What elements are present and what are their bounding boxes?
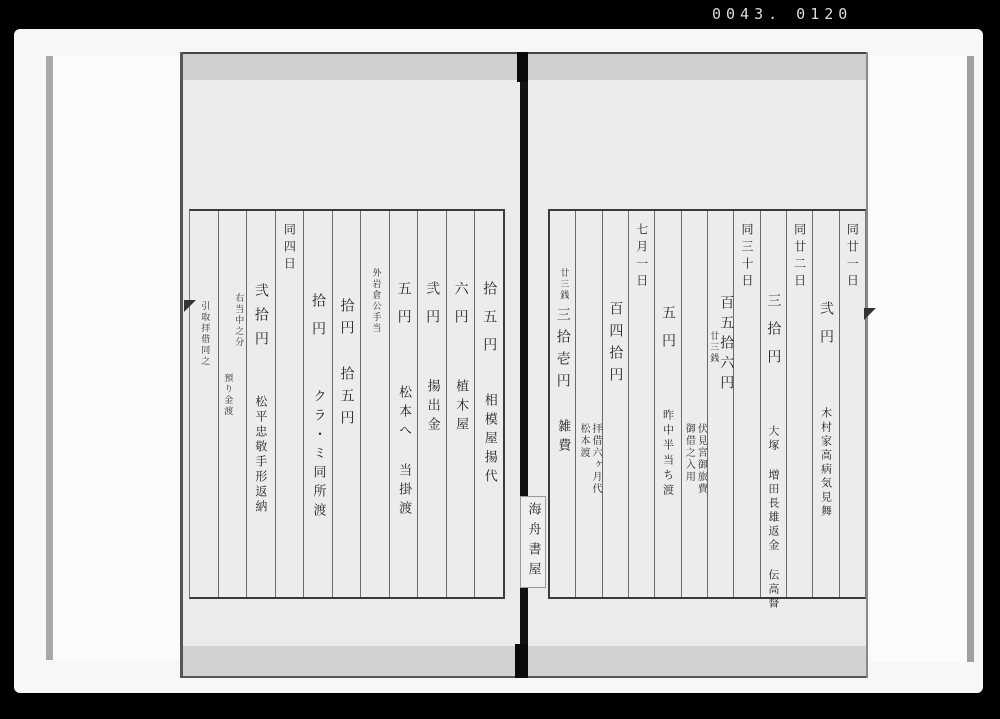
entry-note: 植木屋 [454, 379, 467, 436]
margin-annotation: 外岩倉公手当 [371, 268, 380, 334]
ledger-column: 五円 松本へ 当掛渡 [389, 211, 418, 597]
amount-annotation: 廿三銭 [558, 268, 567, 301]
bottom-margin-band [528, 646, 866, 678]
annotation-line: 伏見宮御旅費 [695, 423, 705, 597]
entry-date: 同三十日 [741, 223, 753, 291]
amount: 弐円 [819, 301, 833, 357]
amount: 百五拾六円 [719, 295, 733, 395]
ledger-column: 拾五円 相模屋揚代 [474, 211, 503, 597]
ownership-seal-stamp: 海舟書屋 [520, 496, 546, 588]
entry-date: 同四日 [283, 223, 295, 274]
ledger-column: 同廿一日 [839, 211, 865, 597]
annotation-line: 右当中之分 [233, 293, 242, 597]
ledger-column: 外岩倉公手当 [360, 211, 389, 597]
ledger-column: 弐円 揚出金 [417, 211, 446, 597]
ledger-column: 百四拾円 [602, 211, 628, 597]
amount: 五円 [397, 281, 411, 337]
amount: 弐円 [425, 281, 439, 337]
page-tab-marker [184, 300, 196, 312]
entry-note: 揚出金 [426, 379, 439, 436]
seal-text: 海舟書屋 [527, 502, 540, 587]
annotation-line: 松本渡 [578, 423, 588, 597]
top-margin-band [528, 52, 866, 80]
amount-annotation: 廿三銭 [708, 331, 717, 597]
ledger-column: 廿三銭 三拾壱円 雑費 [550, 211, 575, 597]
ledger-column: 拾円 拾五円 [332, 211, 361, 597]
bottom-margin-band [183, 646, 520, 678]
entry-note: 松平忠敬手形返納 [255, 395, 267, 515]
amount: 拾円 [311, 293, 325, 349]
annotation-line: 引取拝借同之 [199, 301, 208, 597]
ledger-column: 拾円 クラ・ミ同所渡 [303, 211, 332, 597]
amount: 拾円 拾五円 [339, 298, 353, 432]
ledger-column: 同三十日 [733, 211, 759, 597]
amount: 弐拾円 [254, 283, 268, 355]
ledger-column: 拝借六ヶ月代 松本渡 [575, 211, 601, 597]
microfilm-frame-counter: 0043. 0120 [712, 5, 852, 23]
ledger-column: 三拾円 大塚 増田長雄返金 伝高督 [760, 211, 786, 597]
entry-note: 昨中半当ち渡 [663, 409, 674, 499]
entry-date: 同廿二日 [794, 223, 806, 291]
entry-date: 同廿一日 [846, 223, 858, 291]
entry-note: クラ・ミ同所渡 [311, 389, 324, 522]
amount: 三拾円 [766, 293, 780, 377]
amount: 六円 [454, 281, 468, 337]
ledger-column: 伏見宮御旅費 御借之入用 [681, 211, 707, 597]
entry-note: 相模屋揚代 [483, 393, 496, 488]
annotation-line: 御借之入用 [683, 423, 693, 597]
entry-note: 木村家高病気見舞 [821, 407, 832, 519]
ledger-grid-left: 拾五円 相模屋揚代 六円 植木屋 弐円 揚出金 五円 松本へ 当掛渡 外岩倉公手… [189, 209, 505, 599]
ledger-column: 弐円 木村家高病気見舞 [812, 211, 838, 597]
backing-sheet-left [46, 56, 191, 660]
entry-note: 雑費 [556, 419, 569, 457]
entry-note: 大塚 増田長雄返金 伝高督 [768, 425, 779, 611]
ledger-column: 五円 昨中半当ち渡 [654, 211, 680, 597]
ledger-column: 弐拾円 松平忠敬手形返納 [246, 211, 275, 597]
amount: 百四拾円 [608, 301, 622, 389]
amount: 拾五円 [482, 281, 496, 365]
amount: 五円 [661, 305, 675, 361]
ledger-column: 右当中之分 預り金渡 [218, 211, 247, 597]
ledger-column: 同四日 [275, 211, 304, 597]
top-margin-band [183, 52, 520, 80]
left-page: 拾五円 相模屋揚代 六円 植木屋 弐円 揚出金 五円 松本へ 当掛渡 外岩倉公手… [180, 52, 520, 678]
annotation-line: 預り金渡 [222, 373, 231, 597]
entry-date: 七月一日 [636, 223, 648, 291]
ledger-column: 同廿二日 [786, 211, 812, 597]
ledger-column: 百五拾六円 廿三銭 [707, 211, 733, 597]
entry-note: 松本へ 当掛渡 [397, 385, 410, 520]
ledger-grid-right: 同廿一日 弐円 木村家高病気見舞 同廿二日 三拾円 大塚 増田長雄返金 伝高督 … [548, 209, 866, 599]
ledger-column: 引取拝借同之 [190, 211, 218, 597]
annotation-line: 拝借六ヶ月代 [590, 423, 600, 597]
page-tab-marker [864, 308, 876, 320]
right-page: 同廿一日 弐円 木村家高病気見舞 同廿二日 三拾円 大塚 増田長雄返金 伝高督 … [528, 52, 868, 678]
backing-sheet-right [870, 56, 974, 662]
ledger-column: 六円 植木屋 [446, 211, 475, 597]
amount: 三拾壱円 [556, 307, 570, 395]
open-ledger-book: 拾五円 相模屋揚代 六円 植木屋 弐円 揚出金 五円 松本へ 当掛渡 外岩倉公手… [180, 52, 870, 678]
ledger-column: 七月一日 [628, 211, 654, 597]
